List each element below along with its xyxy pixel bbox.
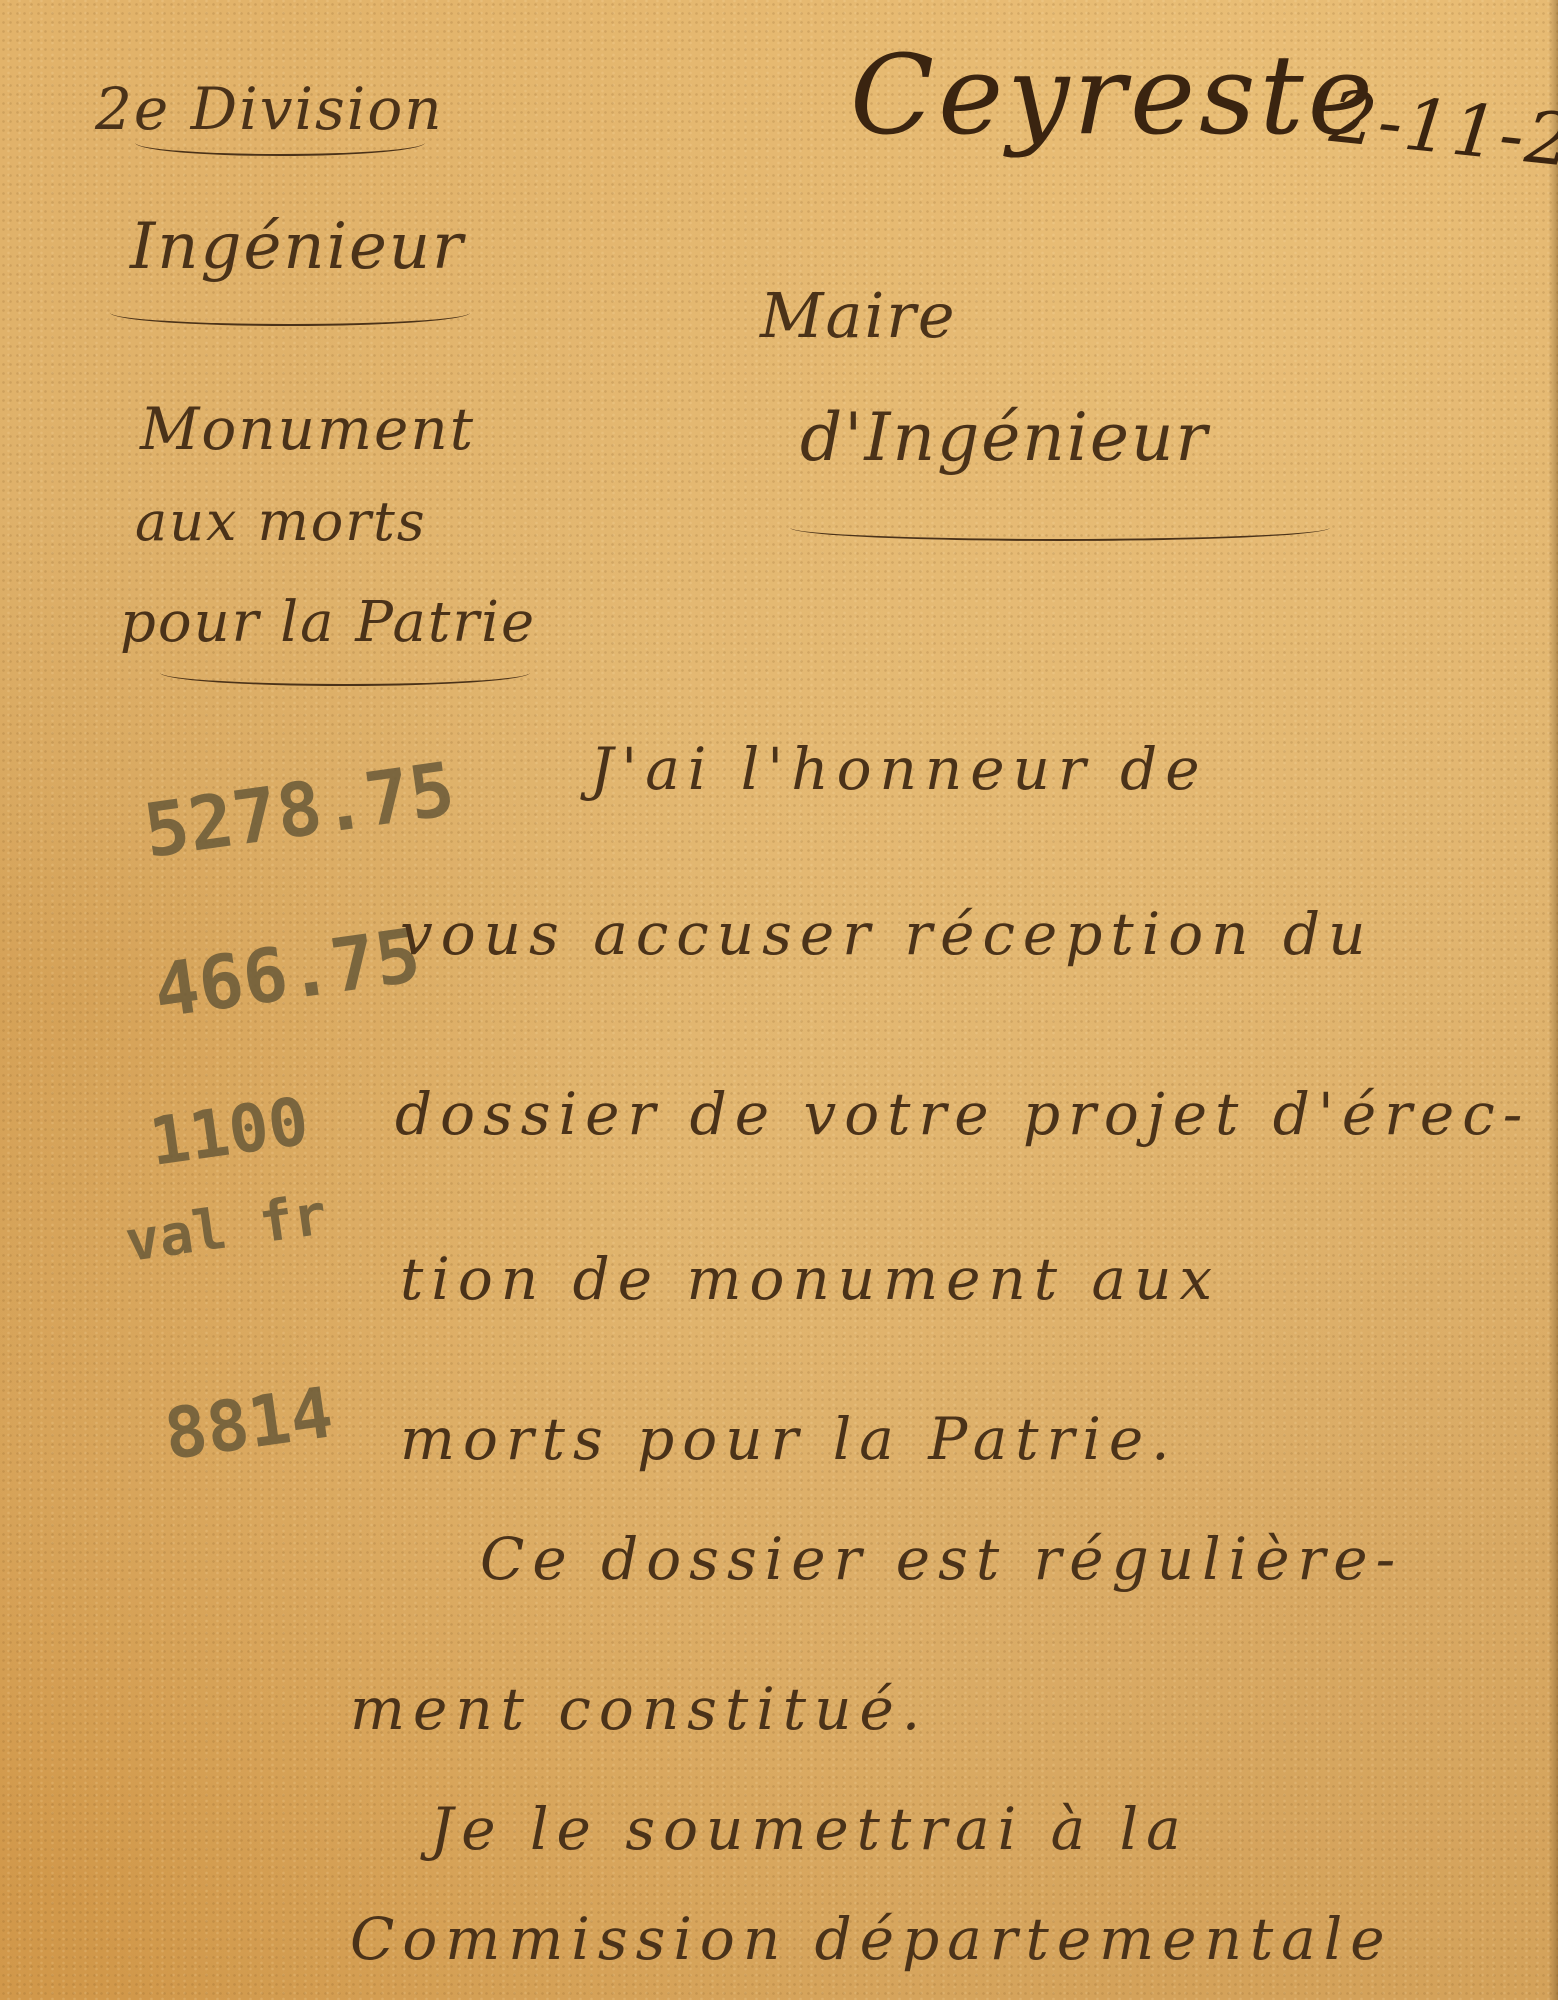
place-heading: Ceyreste bbox=[850, 40, 1377, 150]
body-line: vous accuser réception du bbox=[400, 905, 1373, 963]
body-line: dossier de votre projet d'érec- bbox=[395, 1085, 1530, 1143]
subject-line-3: pour la Patrie bbox=[120, 595, 536, 651]
margin-figure-5: 8814 bbox=[160, 1377, 337, 1470]
recipient-line-2: d'Ingénieur bbox=[800, 405, 1209, 471]
body-line: Ce dossier est régulière- bbox=[480, 1530, 1403, 1588]
body-line: J'ai l'honneur de bbox=[590, 740, 1208, 798]
body-line: Je le soumettrai à la bbox=[430, 1800, 1189, 1858]
office-label: Ingénieur bbox=[130, 215, 465, 279]
body-line: ment constitué. bbox=[350, 1680, 928, 1738]
paper-edge-shadow bbox=[1548, 0, 1558, 2000]
body-line: morts pour la Patrie. bbox=[400, 1410, 1178, 1468]
recipient-line-1: Maire bbox=[760, 285, 957, 347]
subject-line-2: aux morts bbox=[135, 495, 427, 549]
subject-line-1: Monument bbox=[140, 400, 475, 458]
division-label: 2e Division bbox=[95, 80, 444, 138]
body-line: tion de monument aux bbox=[400, 1250, 1220, 1308]
body-line: Commission départementale bbox=[350, 1910, 1393, 1968]
